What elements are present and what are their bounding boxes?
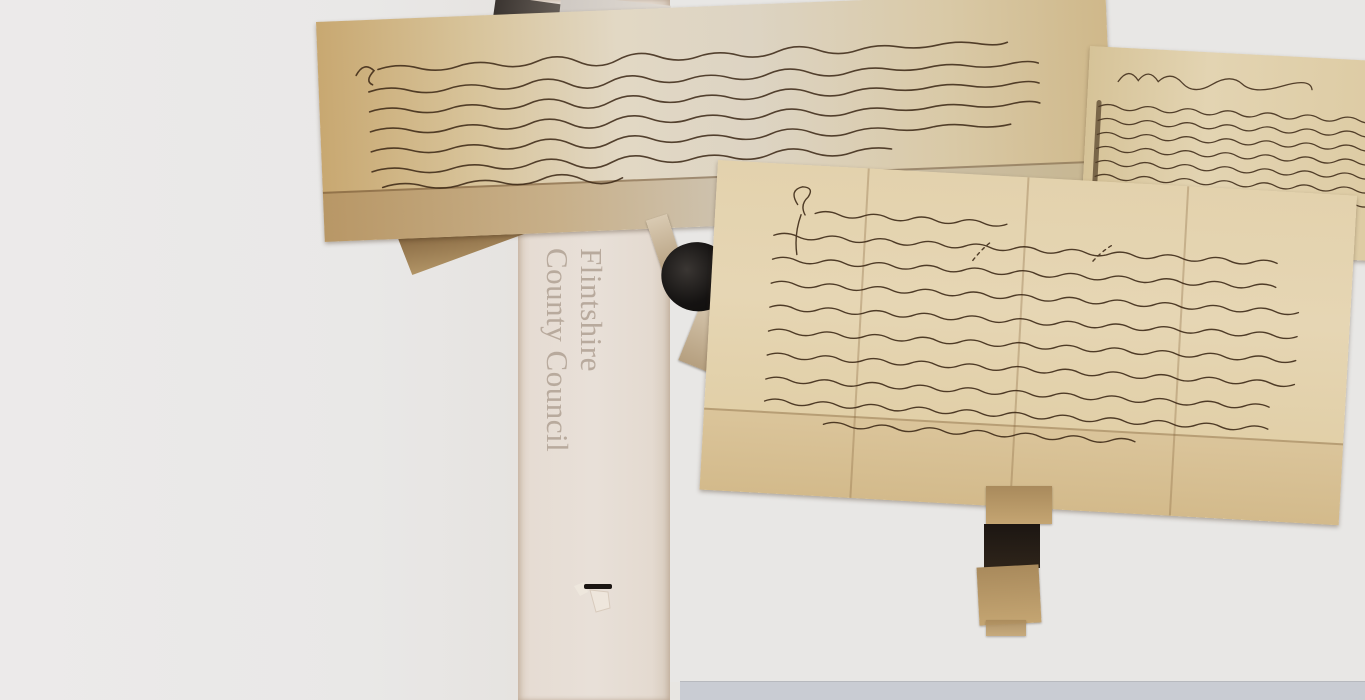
spine-title-line1: Flintshire	[574, 248, 608, 452]
seal-tag-lower	[977, 564, 1042, 625]
photo-scene: Flintshire County Council	[0, 0, 1365, 700]
main-charter	[700, 160, 1357, 525]
handwriting	[700, 160, 1357, 525]
spine-logo-mark	[570, 578, 620, 616]
spine-title-line2: County Council	[540, 248, 574, 452]
spine-title: Flintshire County Council	[540, 248, 608, 452]
surface-edge	[680, 681, 1365, 700]
seal-tag-end	[986, 620, 1026, 636]
seal-tag-upper	[986, 486, 1052, 524]
seal-wax-fragment	[984, 524, 1040, 568]
